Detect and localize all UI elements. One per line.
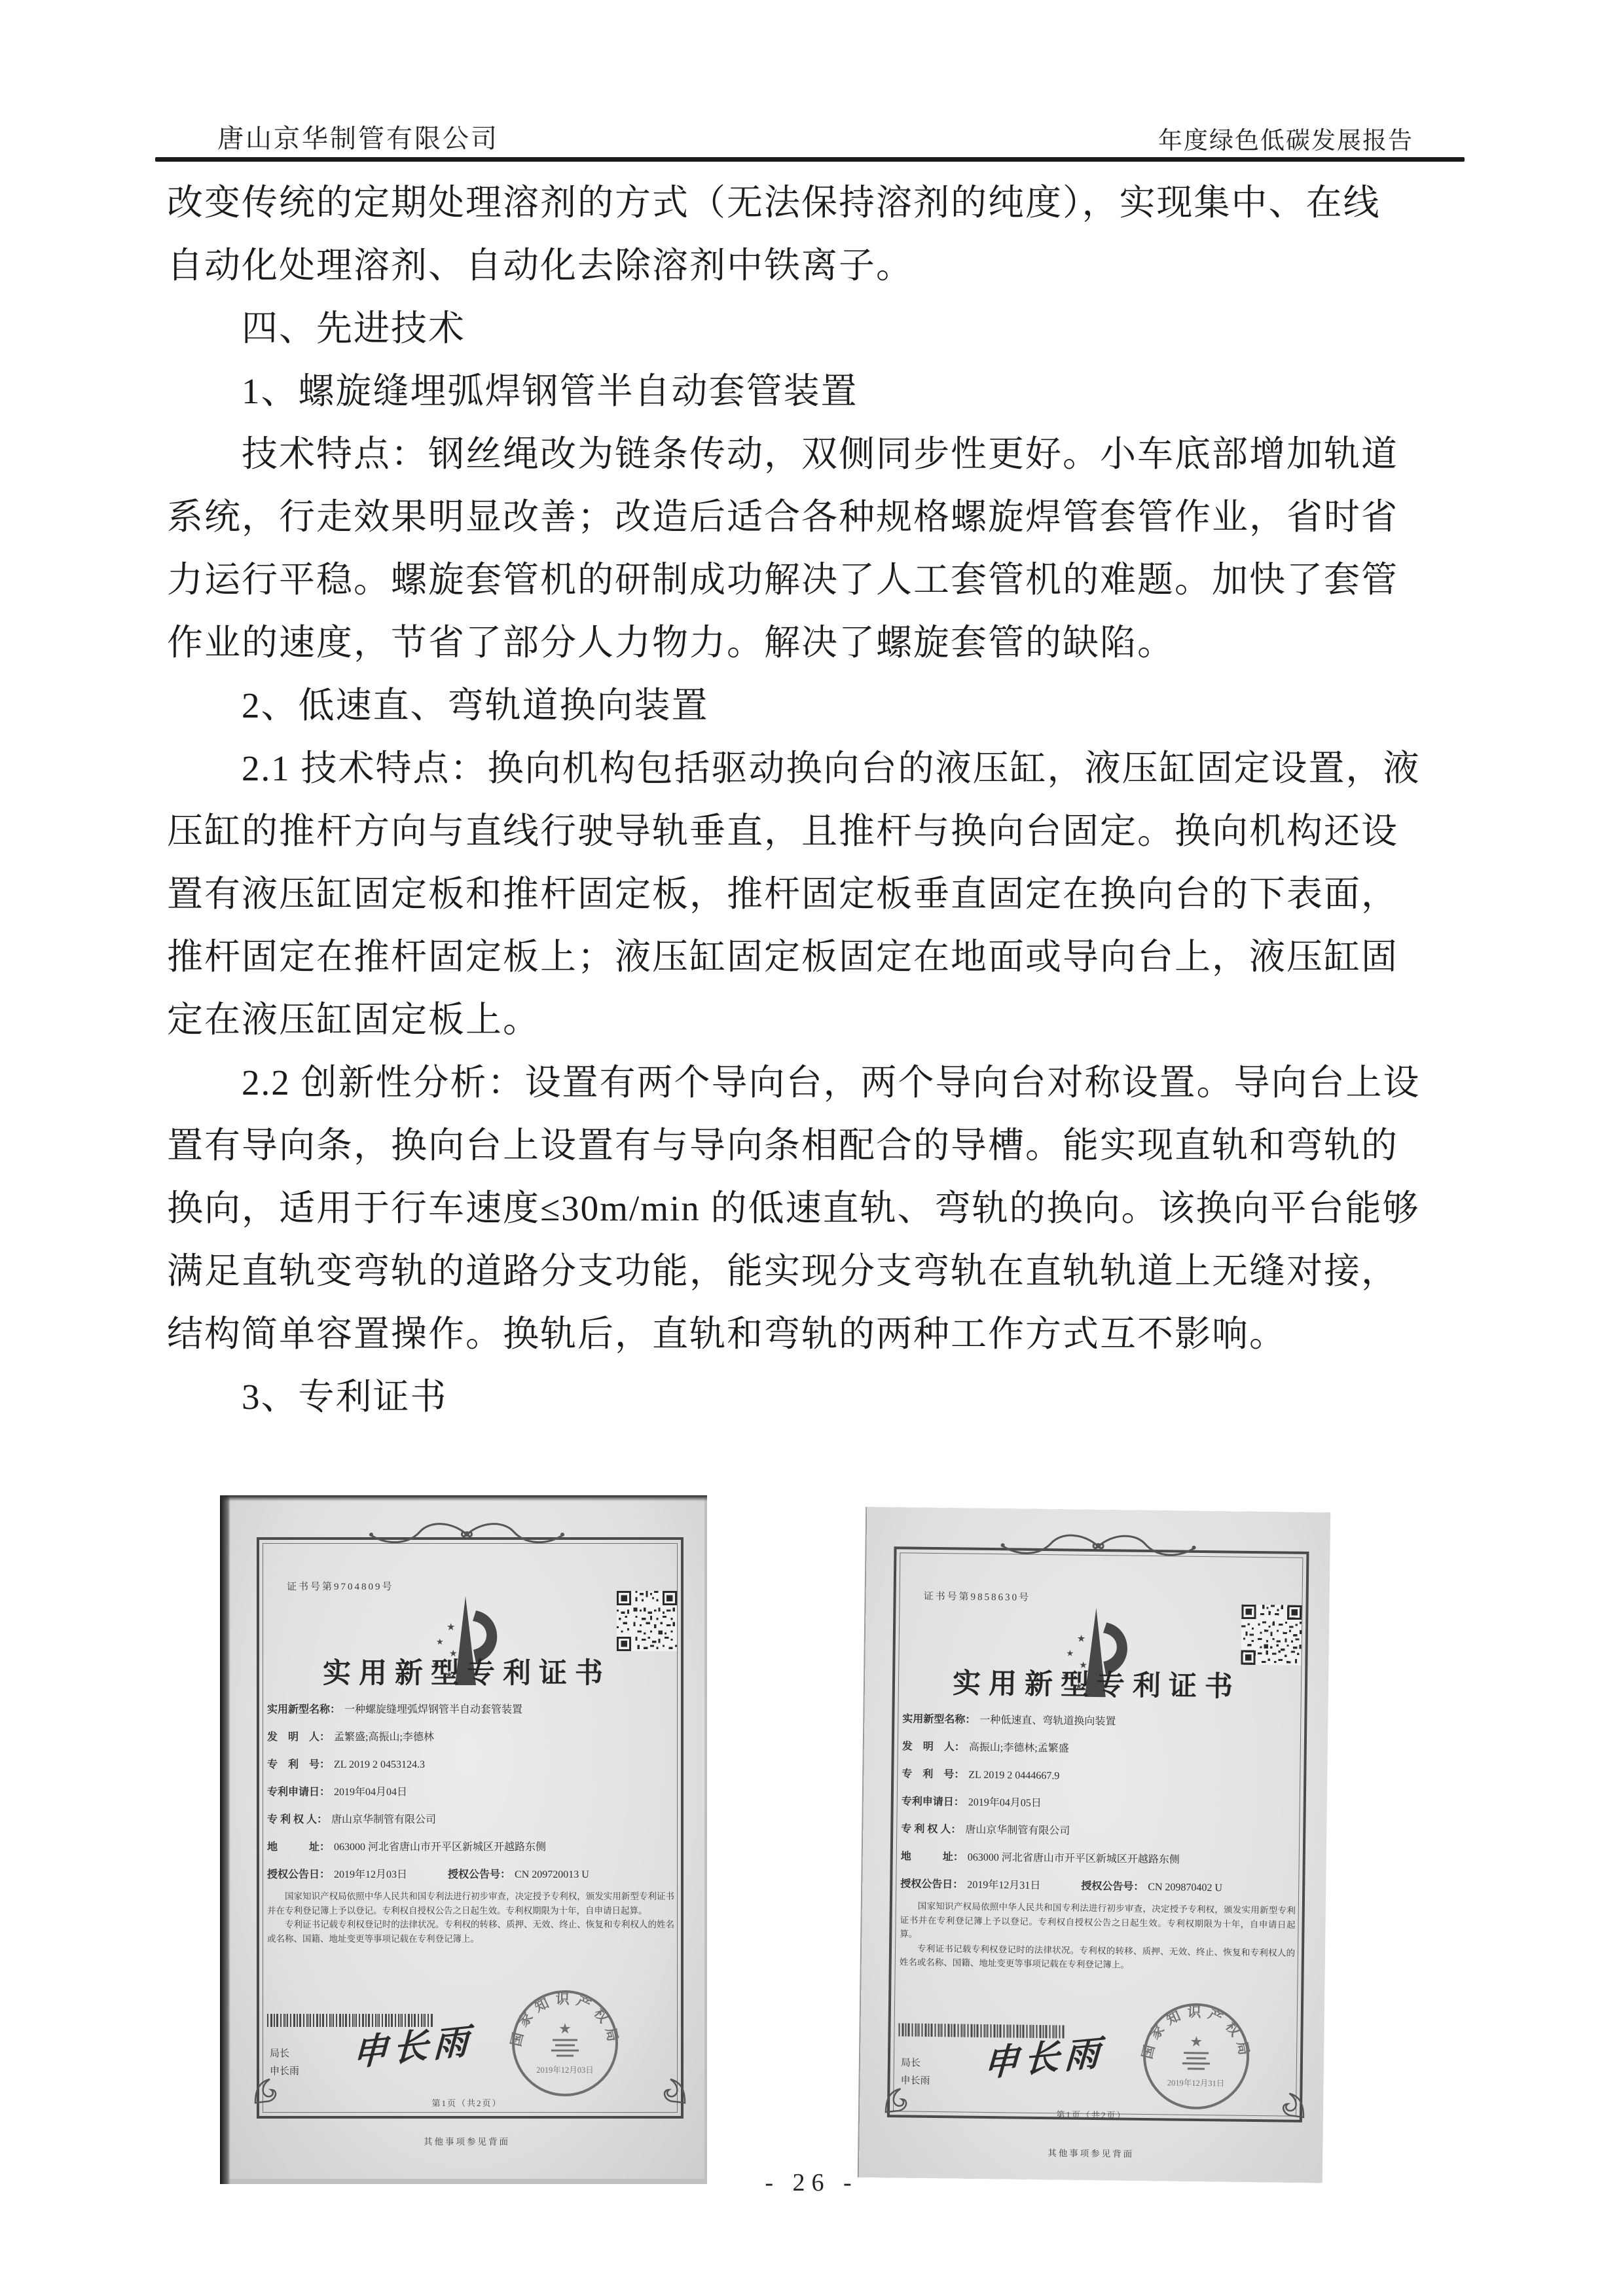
body-text: 改变传统的定期处理溶剂的方式（无法保持溶剂的纯度），实现集中、在线 自动化处理溶… xyxy=(167,172,1450,1429)
body-line: 四、先进技术 xyxy=(167,297,1450,360)
legal-text: 国家知识产权局依照中华人民共和国专利法进行初步审查，决定授予专利权，颁发实用新型… xyxy=(900,1899,1296,1974)
body-line: 置有液压缸固定板和推杆固定板，推杆固定板垂直固定在换向台的下表面， xyxy=(167,863,1450,926)
field-row: 地 址：063000 河北省唐山市开平区新城区开越路东侧 xyxy=(267,1842,674,1853)
certificate-paper: 证书号第9858630号 ★ ★ ★ ★ ★ 实用新型专利证书 xyxy=(859,1507,1330,2183)
certificate-number: 证书号第9858630号 xyxy=(924,1589,1031,1604)
certificate-title: 实用新型专利证书 xyxy=(229,1651,704,1691)
corner-flourish-icon xyxy=(649,2068,687,2105)
director-title: 局长 xyxy=(901,2054,930,2073)
header-company: 唐山京华制管有限公司 xyxy=(217,118,499,155)
body-line: 换向，适用于行车速度≤30m/min 的低速直轨、弯轨的换向。该换向平台能够 xyxy=(167,1177,1450,1240)
certificate-paper: 证书号第9704809号 ★ ★ ★ ★ ★ 实用新型专利证书 xyxy=(229,1498,704,2179)
page-note: 第1页（共2页） xyxy=(229,2096,704,2109)
field-row: 发 明 人：孟繁盛;高振山;李德林 xyxy=(267,1732,674,1743)
body-line: 技术特点：钢丝绳改为链条传动，双侧同步性更好。小车底部增加轨道 xyxy=(167,423,1450,486)
svg-text:★: ★ xyxy=(1066,1648,1074,1658)
body-line: 结构简单容置操作。换轨后，直轨和弯轨的两种工作方式互不影响。 xyxy=(167,1303,1450,1366)
director-title: 局长 xyxy=(270,2045,299,2063)
field-row: 专利申请日：2019年04月04日 xyxy=(267,1787,674,1798)
body-line: 压缸的推杆方向与直线行驶导轨垂直，且推杆与换向台固定。换向机构还设 xyxy=(167,800,1450,863)
ornament-flourish-icon xyxy=(362,1519,572,1549)
ornament-flourish-icon xyxy=(993,1529,1203,1562)
certificate-fields: 实用新型名称：一种低速直、弯轨道换向装置 发 明 人：高振山;李德林;孟繁盛 专… xyxy=(900,1713,1298,1910)
body-line: 3、专利证书 xyxy=(167,1366,1450,1429)
svg-text:★: ★ xyxy=(1077,1634,1086,1645)
body-line: 定在液压缸固定板上。 xyxy=(167,989,1450,1051)
official-seal-icon: 国家知识产权局 ★ 2019年12月03日 xyxy=(509,1988,621,2099)
svg-text:2019年12月31日: 2019年12月31日 xyxy=(1167,2077,1225,2088)
field-row: 地 址：063000 河北省唐山市开平区新城区开越路东侧 xyxy=(901,1851,1296,1867)
field-row: 发 明 人：高振山;李德林;孟繁盛 xyxy=(902,1741,1298,1757)
corner-flourish-icon xyxy=(883,2077,922,2115)
header-rule xyxy=(155,157,1465,162)
body-line: 作业的速度，节省了部分人力物力。解决了螺旋套管的缺陷。 xyxy=(167,611,1450,674)
report-page: 唐山京华制管有限公司 年度绿色低碳发展报告 改变传统的定期处理溶剂的方式（无法保… xyxy=(0,0,1623,2296)
grant-row: 授权公告日：2019年12月31日 授权公告号：CN 209870402 U xyxy=(900,1878,1296,1895)
footer-note: 其他事项参见背面 xyxy=(229,2134,704,2147)
field-row: 实用新型名称：一种螺旋缝埋弧焊钢管半自动套管装置 xyxy=(267,1704,674,1716)
svg-text:★: ★ xyxy=(436,1637,444,1647)
svg-text:2019年12月03日: 2019年12月03日 xyxy=(536,2065,594,2075)
field-row: 专 利 号：ZL 2019 2 0453124.3 xyxy=(267,1759,674,1771)
body-line: 置有导向条，换向台上设置有与导向条相配合的导槽。能实现直轨和弯轨的 xyxy=(167,1114,1450,1177)
body-line: 力运行平稳。螺旋套管机的研制成功解决了人工套管机的难题。加快了套管 xyxy=(167,549,1450,611)
certificate-title: 实用新型专利证书 xyxy=(865,1660,1329,1706)
corner-flourish-icon xyxy=(1268,2081,1307,2120)
field-row: 专 利 权 人：唐山京华制管有限公司 xyxy=(267,1814,674,1826)
field-row: 专利申请日：2019年04月05日 xyxy=(902,1796,1297,1812)
body-line: 1、螺旋缝埋弧焊钢管半自动套管装置 xyxy=(167,360,1450,423)
field-row: 专 利 号：ZL 2019 2 0444667.9 xyxy=(902,1768,1297,1785)
field-row: 专 利 权 人：唐山京华制管有限公司 xyxy=(901,1823,1296,1840)
grant-row: 授权公告日：2019年12月03日 授权公告号：CN 209720013 U xyxy=(267,1869,674,1881)
footer-note: 其他事项参见背面 xyxy=(859,2143,1322,2162)
body-line: 满足直轨变弯轨的道路分支功能，能实现分支弯轨在直轨轨道上无缝对接， xyxy=(167,1240,1450,1303)
legal-text: 国家知识产权局依照中华人民共和国专利法进行初步审查，决定授予专利权，颁发实用新型… xyxy=(267,1889,674,1946)
body-line: 改变传统的定期处理溶剂的方式（无法保持溶剂的纯度），实现集中、在线 xyxy=(167,172,1450,234)
body-line: 自动化处理溶剂、自动化去除溶剂中铁离子。 xyxy=(167,234,1450,297)
body-line: 2、低速直、弯轨道换向装置 xyxy=(167,674,1450,737)
body-line: 系统，行走效果明显改善；改造后适合各种规格螺旋焊管套管作业，省时省 xyxy=(167,486,1450,549)
corner-flourish-icon xyxy=(253,2068,291,2105)
patent-certificate-scan-right: 证书号第9858630号 ★ ★ ★ ★ ★ 实用新型专利证书 xyxy=(859,1510,1333,2201)
body-line: 2.2 创新性分析：设置有两个导向台，两个导向台对称设置。导向台上设 xyxy=(167,1051,1450,1114)
patent-certificate-scan-left: 证书号第9704809号 ★ ★ ★ ★ ★ 实用新型专利证书 xyxy=(220,1495,707,2184)
body-line: 2.1 技术特点：换向机构包括驱动换向台的液压缸，液压缸固定设置，液 xyxy=(167,737,1450,800)
page-number: - 26 - xyxy=(0,2168,1623,2197)
body-line: 推杆固定在推杆固定板上；液压缸固定板固定在地面或导向台上，液压缸固 xyxy=(167,926,1450,989)
qr-code-icon xyxy=(617,1591,677,1651)
certificate-number: 证书号第9704809号 xyxy=(287,1579,394,1593)
svg-text:★: ★ xyxy=(447,1622,455,1633)
header-report-title: 年度绿色低碳发展报告 xyxy=(1158,120,1413,156)
svg-text:★: ★ xyxy=(1190,2033,1203,2050)
qr-code-icon xyxy=(1241,1605,1302,1666)
certificate-fields: 实用新型名称：一种螺旋缝埋弧焊钢管半自动套管装置 发 明 人：孟繁盛;高振山;李… xyxy=(267,1704,674,1897)
svg-text:★: ★ xyxy=(558,2020,572,2037)
official-seal-icon: 国家知识产权局 ★ 2019年12月31日 xyxy=(1140,2000,1252,2113)
